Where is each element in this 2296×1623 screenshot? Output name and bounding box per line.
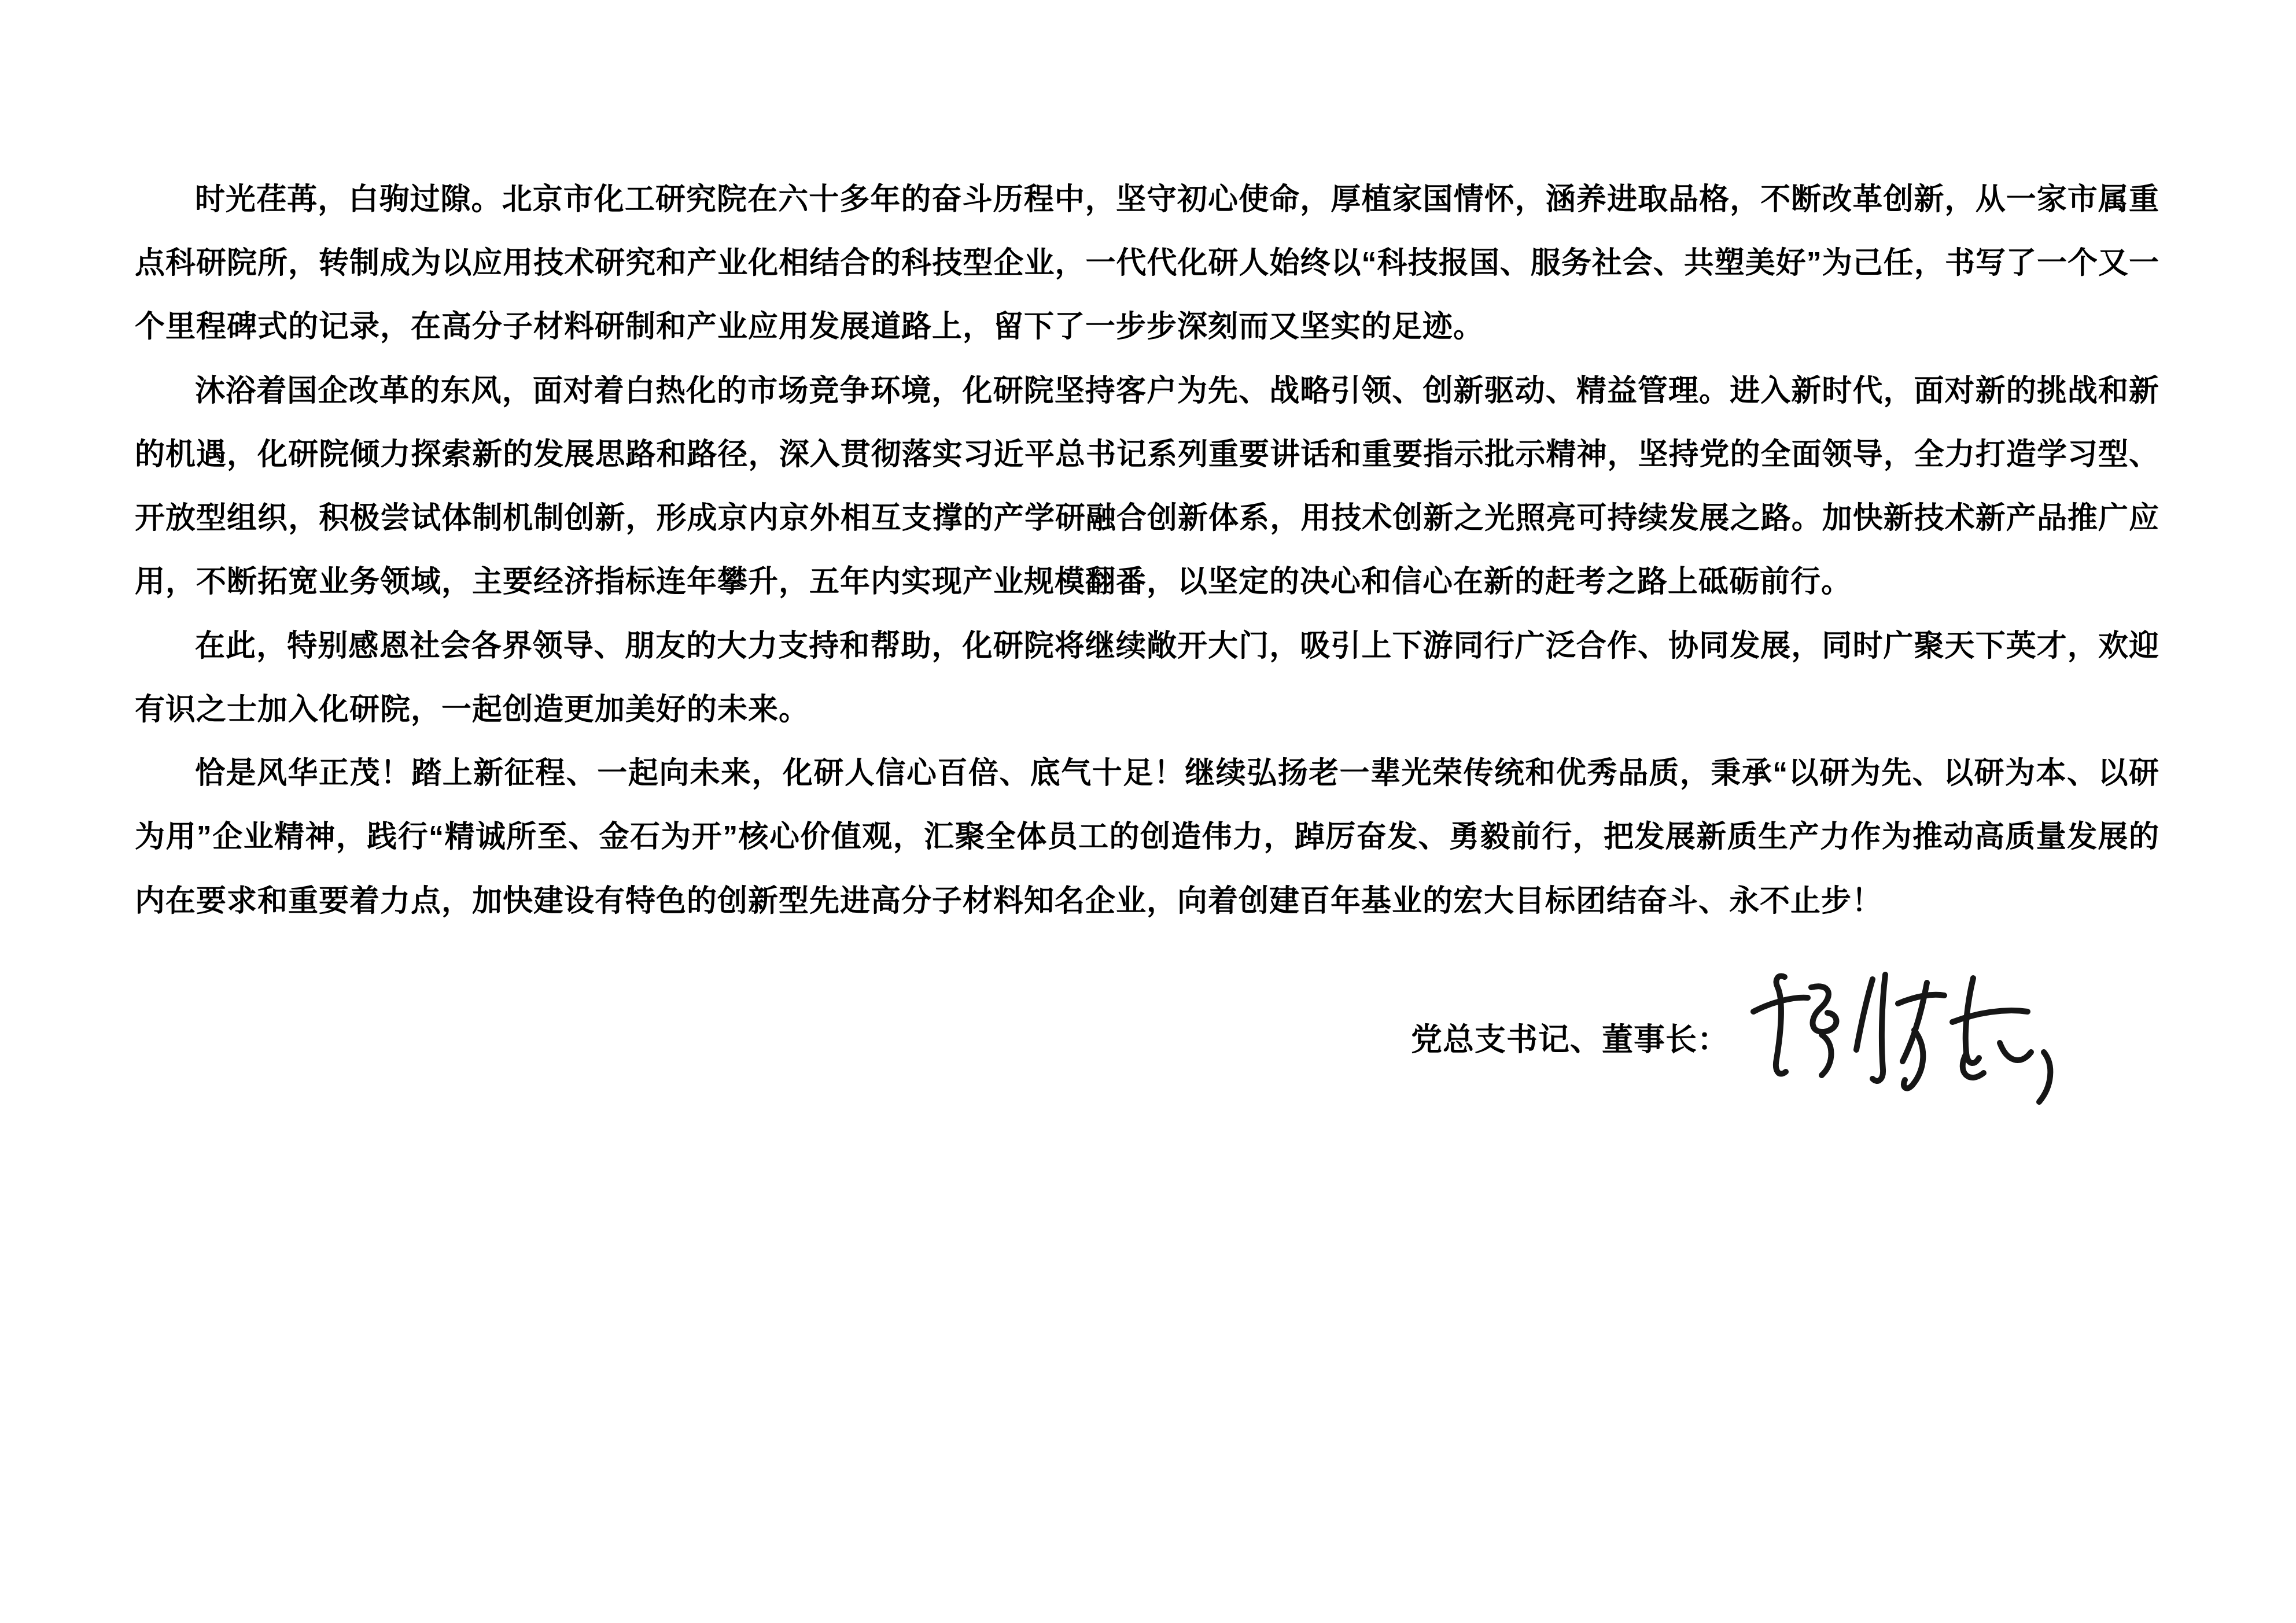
letter-paragraph-3: 在此，特别感恩社会各界领导、朋友的大力支持和帮助，化研院将继续敞开大门，吸引上下… <box>135 614 2159 742</box>
signature-block: 党总支书记、董事长： <box>135 973 2159 1106</box>
letter-page: 时光荏苒，白驹过隙。北京市化工研究院在六十多年的奋斗历程中，坚守初心使命，厚植家… <box>0 0 2296 1623</box>
letter-paragraph-2: 沐浴着国企改革的东风，面对着白热化的市场竞争环境，化研院坚持客户为先、战略引领、… <box>135 359 2159 614</box>
letter-paragraph-1: 时光荏苒，白驹过隙。北京市化工研究院在六十多年的奋斗历程中，坚守初心使命，厚植家… <box>135 168 2159 359</box>
letter-body: 时光荏苒，白驹过隙。北京市化工研究院在六十多年的奋斗历程中，坚守初心使命，厚植家… <box>135 168 2159 1106</box>
signature-title-label: 党总支书记、董事长： <box>1411 1007 1729 1073</box>
handwritten-signature-image <box>1743 962 2067 1106</box>
letter-paragraph-4: 恰是风华正茂！踏上新征程、一起向未来，化研人信心百倍、底气十足！继续弘扬老一辈光… <box>135 742 2159 933</box>
